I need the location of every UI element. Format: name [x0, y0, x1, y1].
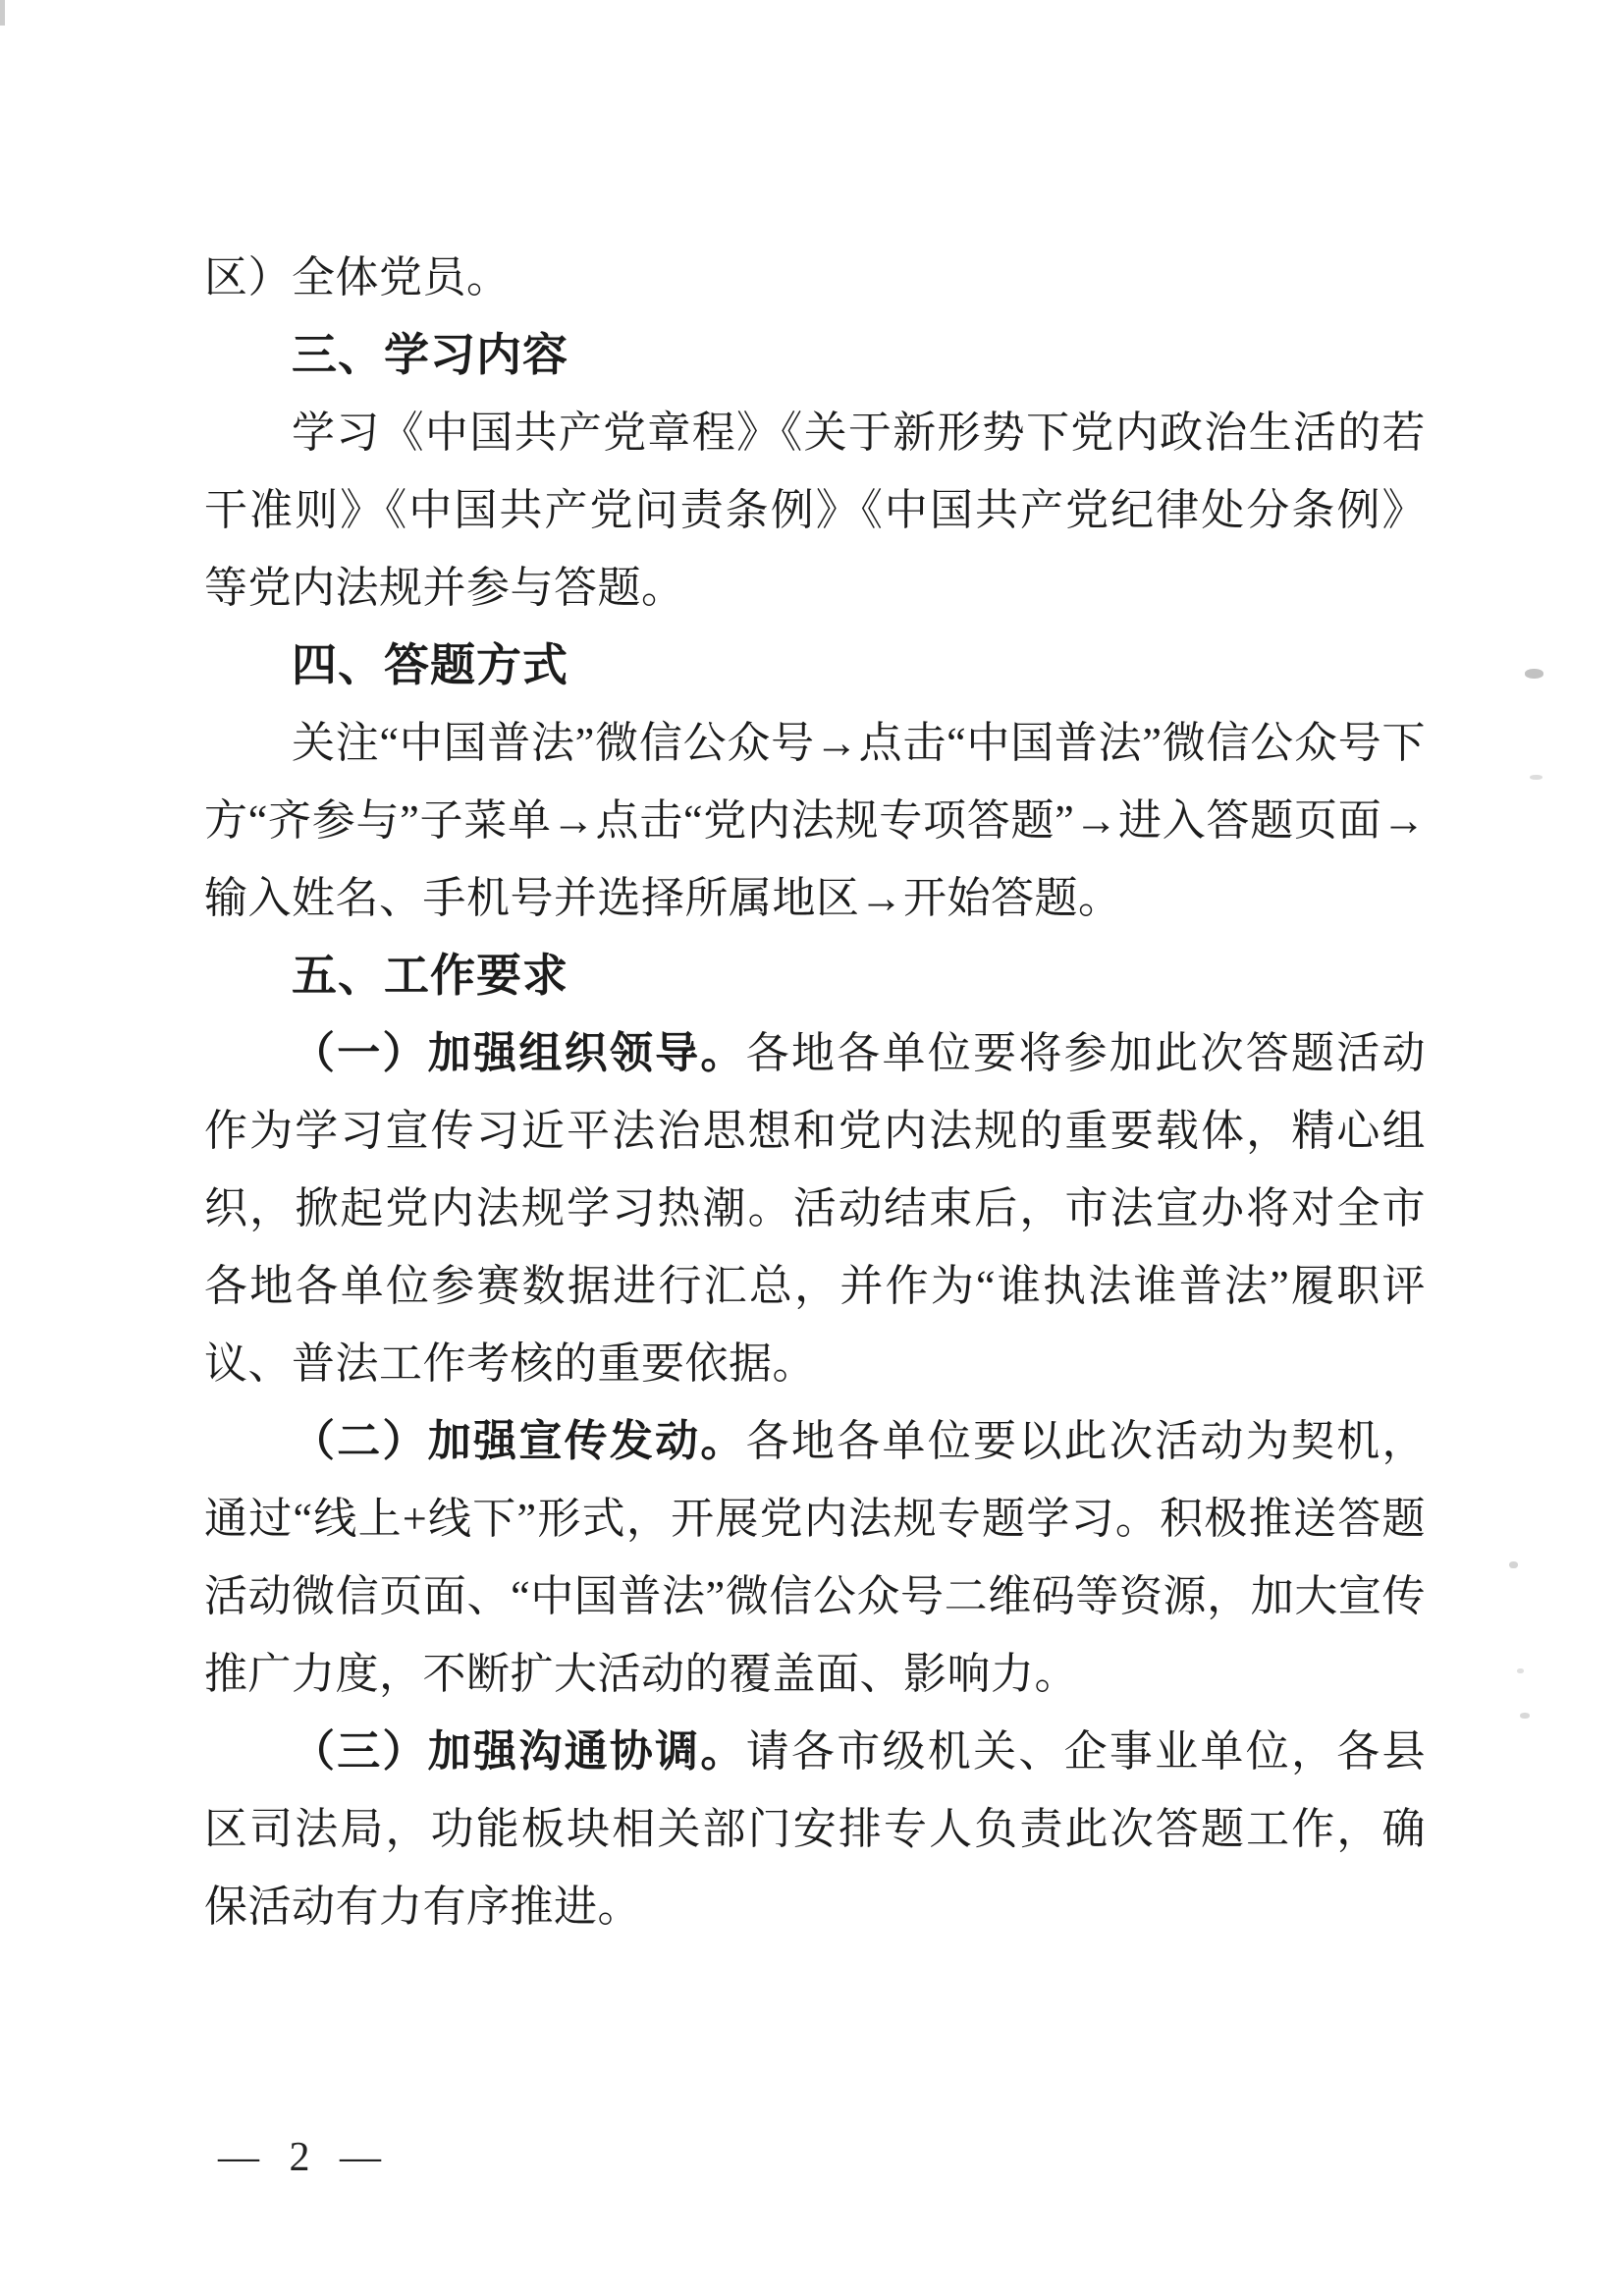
item-lead-1: （一）加强组织领导。: [292, 1029, 746, 1077]
scan-artifact: [1520, 1713, 1530, 1719]
paragraph-work-requirement-2: （二）加强宣传发动。各地各单位要以此次活动为契机，通过“线上+线下”形式，开展党…: [204, 1402, 1426, 1713]
section-heading-3-learning-content: 三、学习内容: [204, 316, 1426, 394]
scan-artifact: [1530, 775, 1542, 780]
item-lead-3: （三）加强沟通协调。: [292, 1727, 746, 1776]
scan-artifact: [0, 0, 5, 26]
paragraph-work-requirement-3: （三）加强沟通协调。请各市级机关、企事业单位，各县区司法局，功能板块相关部门安排…: [204, 1713, 1426, 1945]
page-number: — 2 —: [218, 2133, 391, 2182]
paragraph-learning-content: 学习《中国共产党章程》《关于新形势下党内政治生活的若干准则》《中国共产党问责条例…: [204, 394, 1426, 627]
scanned-document-page: 区）全体党员。 三、学习内容 学习《中国共产党章程》《关于新形势下党内政治生活的…: [0, 0, 1623, 2296]
paragraph-continuation: 区）全体党员。: [204, 239, 1426, 316]
paragraph-answer-method: 关注“中国普法”微信公众号→点击“中国普法”微信公众号下方“齐参与”子菜单→点击…: [204, 704, 1426, 937]
scan-artifact: [1517, 1668, 1524, 1673]
paragraph-work-requirement-1: （一）加强组织领导。各地各单位要将参加此次答题活动作为学习宣传习近平法治思想和党…: [204, 1014, 1426, 1402]
section-heading-5-work-requirements: 五、工作要求: [204, 937, 1426, 1014]
document-body: 区）全体党员。 三、学习内容 学习《中国共产党章程》《关于新形势下党内政治生活的…: [204, 239, 1426, 1945]
item-body-1: 各地各单位要将参加此次答题活动作为学习宣传习近平法治思想和党内法规的重要载体，精…: [204, 1029, 1426, 1388]
scan-artifact: [1509, 1561, 1518, 1568]
item-lead-2: （二）加强宣传发动。: [292, 1417, 746, 1465]
scan-artifact: [1525, 669, 1543, 679]
section-heading-4-answer-method: 四、答题方式: [204, 627, 1426, 704]
